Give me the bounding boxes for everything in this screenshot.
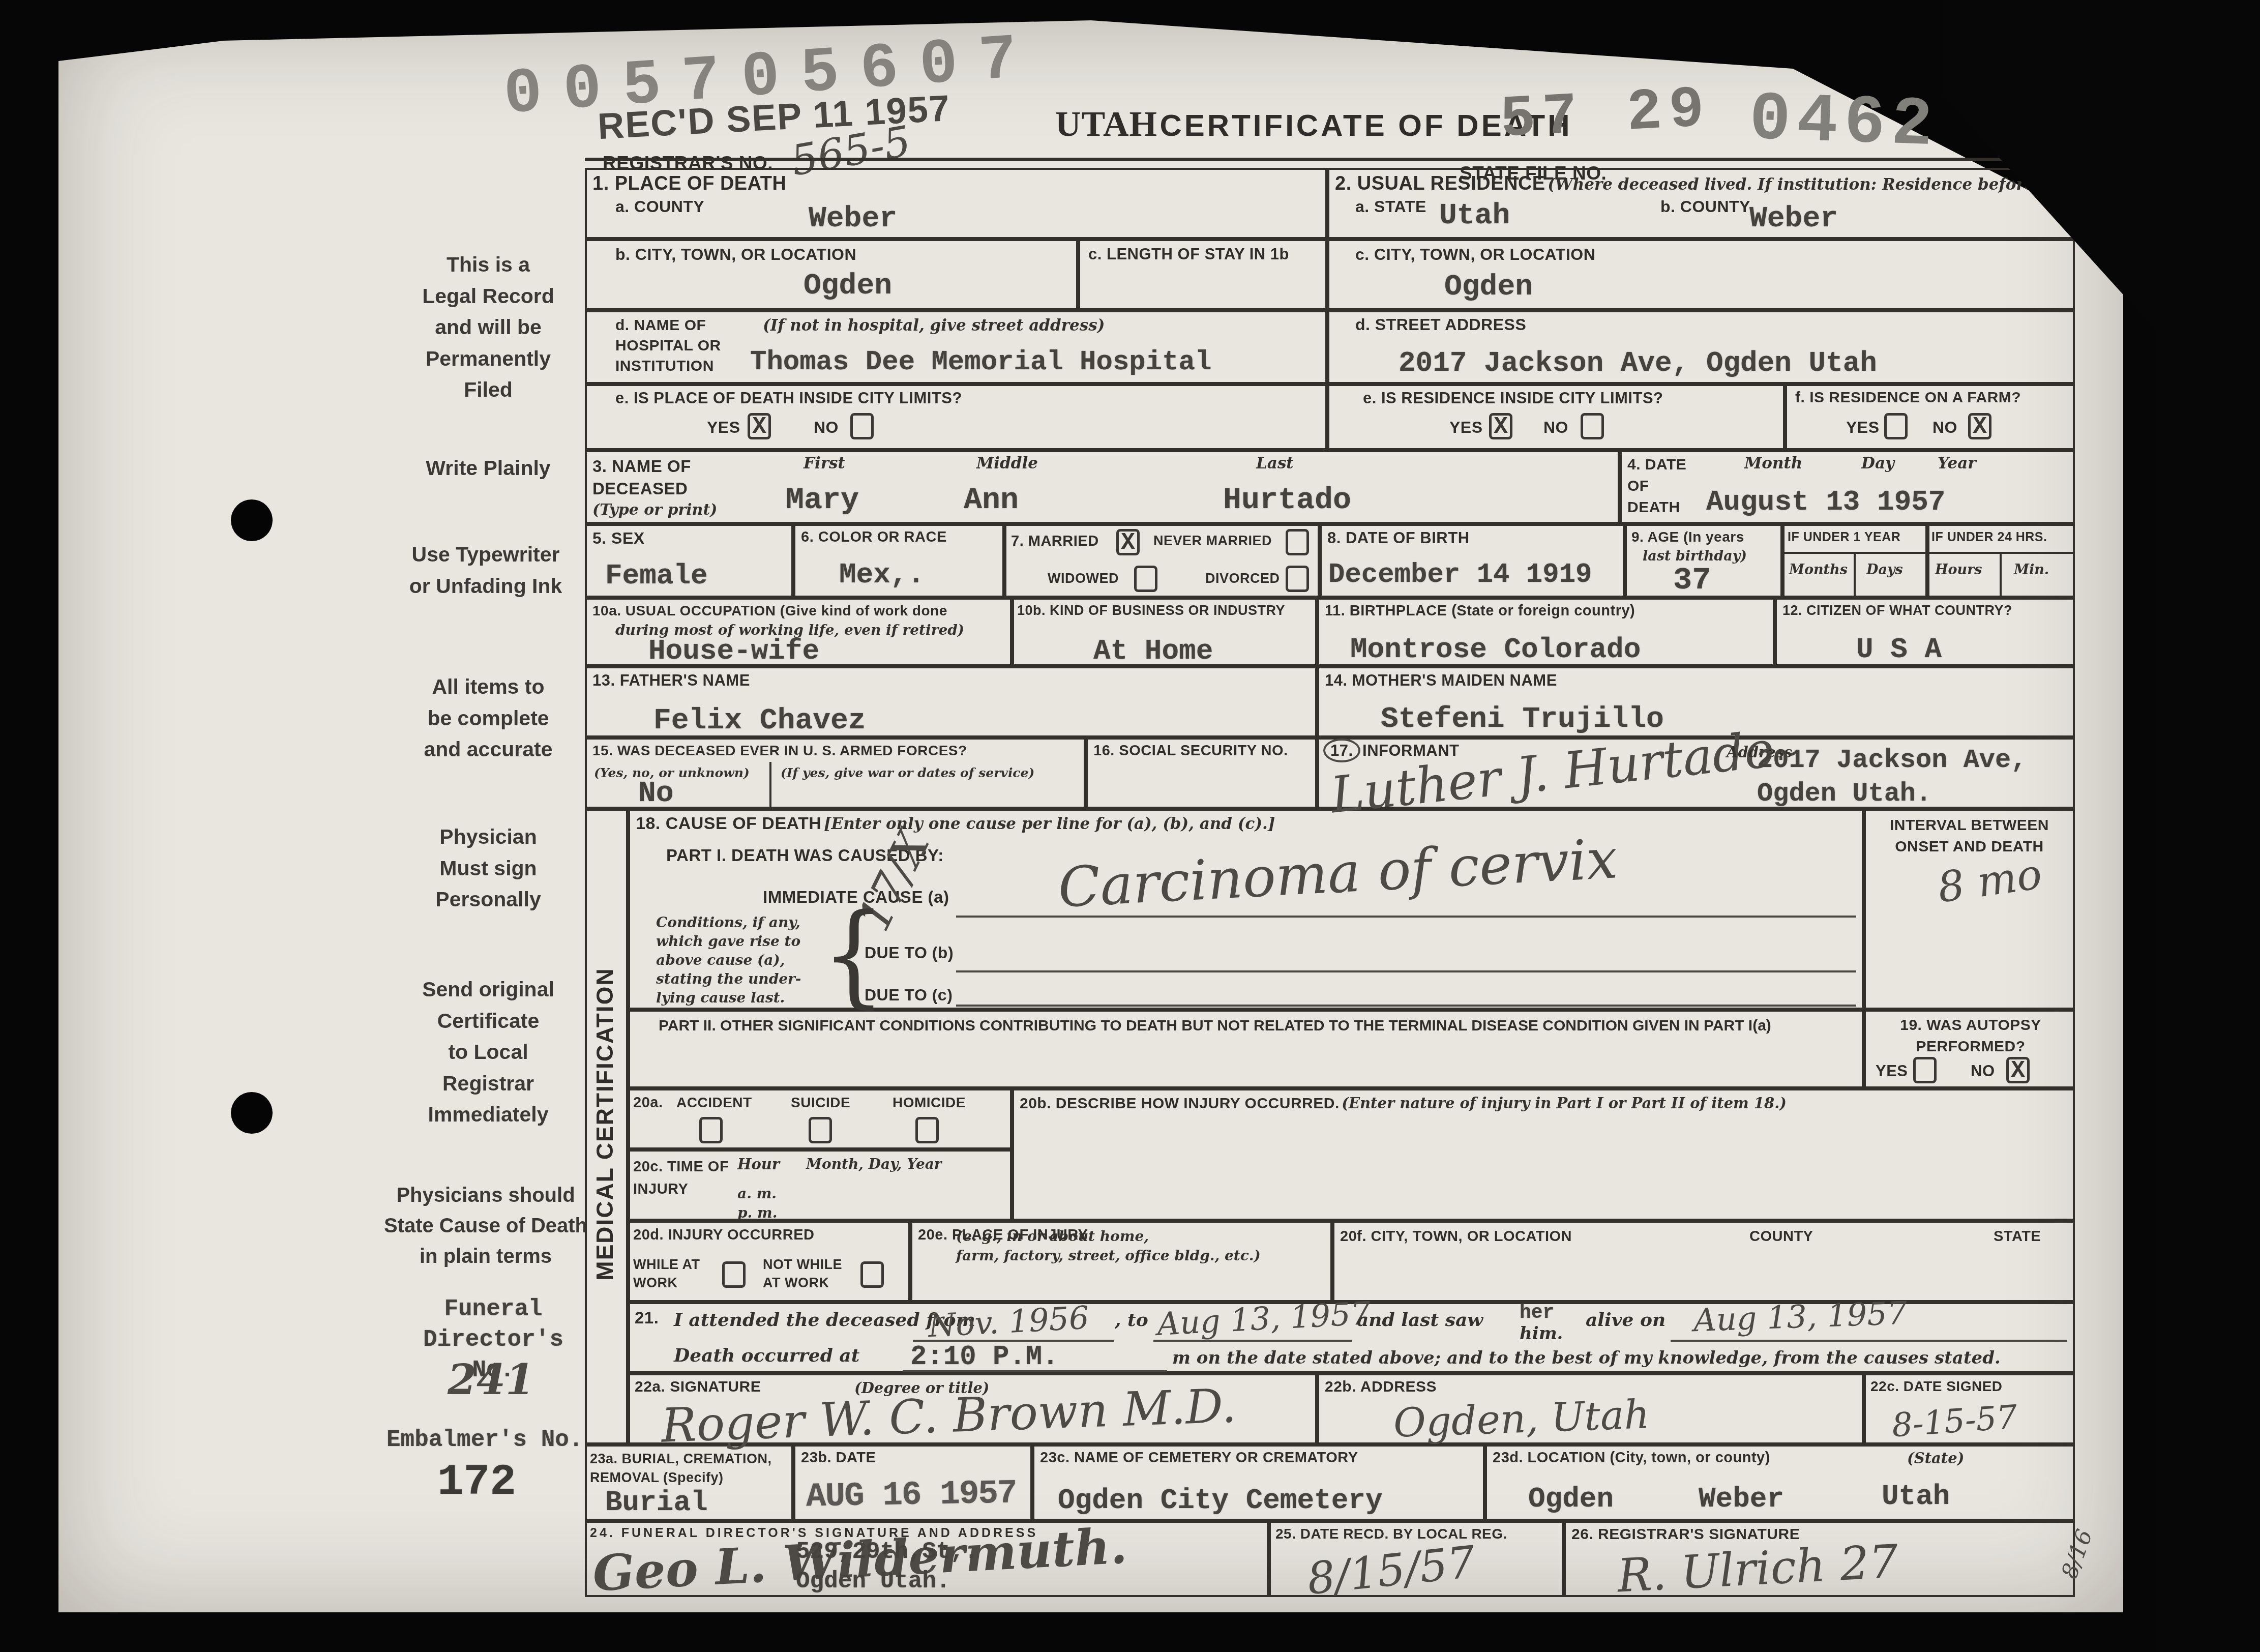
death-year-header: Year (1938, 454, 1976, 473)
ssn-label: 16. SOCIAL SECURITY NO. (1093, 743, 1288, 759)
describe-injury-label: 20b. DESCRIBE HOW INJURY OCCURRED. (1020, 1095, 1340, 1112)
informant-address-value: 2017 Jackson Ave, Ogden Utah. (1757, 744, 2027, 811)
physician-address-label: 22b. ADDRESS (1325, 1378, 1437, 1396)
location-label: 23d. LOCATION (City, town, or county) (1493, 1450, 1770, 1466)
county-value: Weber (809, 202, 897, 235)
first-name-header: First (804, 454, 845, 473)
while-at-work-label: WHILE AT WORK (633, 1255, 700, 1292)
birthplace-label: 11. BIRTHPLACE (State or foreign country… (1325, 603, 1635, 619)
widowed-checkbox (1134, 566, 1157, 592)
margin-note-plain-terms: Physicians should State Cause of Death i… (366, 1180, 605, 1272)
never-married-label: NEVER MARRIED (1153, 533, 1272, 549)
death-month-header: Month (1744, 454, 1802, 473)
business-value: At Home (1093, 635, 1213, 667)
father-label: 13. FATHER'S NAME (592, 671, 750, 690)
divorced-label: DIVORCED (1205, 571, 1280, 586)
medical-certification-label: MEDICAL CERTIFICATION (591, 824, 618, 1424)
header-rule (585, 158, 2075, 161)
film-edge-right (2156, 0, 2260, 1652)
under-24-hrs-label: IF UNDER 24 HRS. (1931, 530, 2047, 545)
res-limits-no-checkbox (1581, 413, 1604, 439)
last-name-header: Last (1256, 454, 1294, 473)
describe-injury-hint: (Enter nature of injury in Part I or Par… (1342, 1095, 1787, 1112)
death-day-header: Day (1861, 454, 1894, 473)
months-label: Months (1789, 562, 1848, 578)
autopsy-no-label: NO (1971, 1062, 1995, 1080)
hospital-value: Thomas Dee Memorial Hospital (750, 347, 1211, 378)
farm-label: f. IS RESIDENCE ON A FARM? (1795, 389, 2021, 406)
homicide-checkbox (915, 1117, 939, 1143)
birthplace-value: Montrose Colorado (1350, 633, 1641, 666)
marital-number: 7. (1011, 533, 1024, 549)
hours-label: Hours (1935, 562, 1982, 578)
race-value: Mex,. (839, 558, 925, 591)
name-of-deceased-label: 3. NAME OF DECEASED (592, 455, 691, 500)
hour-label: Hour (737, 1156, 780, 1173)
due-to-c-line (956, 1005, 1856, 1007)
month-day-year-label: Month, Day, Year (806, 1156, 942, 1172)
margin-note-typewriter: Use Typewriter or Unfading Ink (376, 539, 595, 602)
cemetery-label: 23c. NAME OF CEMETERY OR CREMATORY (1040, 1450, 1358, 1466)
cemetery-value: Ogden City Cemetery (1058, 1484, 1383, 1517)
file-stamp-5729: 57 29 (1499, 76, 1713, 154)
mother-value: Stefeni Trujillo (1381, 703, 1664, 736)
accident-label: ACCIDENT (676, 1095, 752, 1111)
title-state: UTAH (1055, 105, 1157, 144)
mother-label: 14. MOTHER'S MAIDEN NAME (1325, 671, 1557, 690)
business-label: 10b. KIND OF BUSINESS OR INDUSTRY (1017, 603, 1285, 618)
am-label: a. m. (737, 1185, 777, 1202)
attended-line-3 (1671, 1340, 2067, 1342)
citizen-value: U S A (1856, 633, 1942, 666)
margin-note-complete: All items to be complete and accurate (392, 671, 585, 765)
location-city-value: Ogden (1528, 1483, 1614, 1515)
death-time-value: 2:10 P.M. (910, 1342, 1059, 1373)
funeral-directors-no-value: 241 (448, 1355, 534, 1404)
place-of-injury-hint: (e. g., in or about home, farm, factory,… (956, 1227, 1261, 1265)
registrar-signature-label: 26. REGISTRAR'S SIGNATURE (1571, 1526, 1800, 1543)
age-value: 37 (1673, 562, 1711, 598)
citizen-label: 12. CITIZEN OF WHAT COUNTRY? (1782, 603, 2012, 618)
middle-name-value: Ann (964, 483, 1019, 518)
margin-note-physician-sign: Physician Must sign Personally (392, 821, 585, 916)
date-of-death-label: 4. DATE OF DEATH (1627, 454, 1686, 518)
res-limits-no-label: NO (1543, 418, 1568, 437)
suicide-checkbox (809, 1117, 832, 1143)
embalmers-no-value: 172 (437, 1457, 516, 1507)
dob-label: 8. DATE OF BIRTH (1327, 529, 1470, 547)
while-at-work-checkbox (722, 1261, 746, 1288)
autopsy-yes-checkbox (1913, 1057, 1937, 1083)
last-alive-value: Aug 13, 1957 (1693, 1294, 1908, 1339)
injury-occurred-label: 20d. INJURY OCCURRED (633, 1227, 814, 1244)
injury-county-label: COUNTY (1749, 1228, 1813, 1245)
autopsy-no-checkbox: X (2006, 1057, 2030, 1083)
married-checkbox: X (1116, 529, 1140, 555)
usual-residence-title: 2. USUAL RESIDENCE (1335, 173, 1545, 194)
farm-yes-label: YES (1846, 418, 1880, 437)
dob-value: December 14 1919 (1328, 559, 1592, 591)
res-county-value: Weber (1749, 202, 1838, 235)
farm-yes-checkbox (1884, 413, 1908, 439)
res-city-label: c. CITY, TOWN, OR LOCATION (1355, 245, 1595, 264)
cell-3-name (585, 450, 1620, 524)
hospital-label: d. NAME OF HOSPITAL OR INSTITUTION (615, 315, 721, 376)
never-married-checkbox (1286, 529, 1309, 555)
pod-limits-no-label: NO (814, 418, 839, 437)
cause-of-death-title: 18. CAUSE OF DEATH (636, 814, 821, 833)
street-value: 2017 Jackson Ave, Ogden Utah (1399, 347, 1877, 379)
sex-label: 5. SEX (592, 529, 645, 548)
pod-city-label: b. CITY, TOWN, OR LOCATION (615, 245, 856, 264)
location-state-label: (State) (1907, 1450, 1964, 1467)
sex-value: Female (605, 559, 708, 592)
married-label: MARRIED (1028, 533, 1099, 549)
burial-label: 23a. BURIAL, CREMATION, REMOVAL (Specify… (590, 1450, 772, 1487)
punch-hole-top (231, 499, 273, 541)
burial-date-stamp: AUG 16 1957 (806, 1474, 1017, 1516)
under24-vdivider (2000, 552, 2002, 598)
margin-note-send-original: Send original Certificate to Local Regis… (392, 974, 585, 1131)
margin-note-write-plainly: Write Plainly (392, 453, 585, 484)
county-label: a. COUNTY (615, 197, 704, 216)
armed-forces-label: 15. WAS DECEASED EVER IN U. S. ARMED FOR… (592, 743, 967, 759)
time-of-injury-label: 20c. TIME OF INJURY (633, 1156, 729, 1200)
under1-vdivider (1854, 552, 1856, 598)
attended-number: 21. (635, 1308, 659, 1327)
res-limits-yes-label: YES (1449, 418, 1483, 437)
pod-city-value: Ogden (804, 270, 892, 303)
place-of-death-title: 1. PLACE OF DEATH (592, 173, 787, 195)
physician-signature-label: 22a. SIGNATURE (635, 1378, 761, 1396)
days-label: Days (1866, 562, 1903, 578)
not-while-at-work-checkbox (860, 1261, 884, 1288)
margin-note-legal-record: This is a Legal Record and will be Perma… (392, 249, 585, 406)
accident-number: 20a. (633, 1095, 663, 1111)
burial-value: Burial (605, 1486, 708, 1519)
father-value: Felix Chavez (653, 704, 866, 737)
not-while-at-work-label: NOT WHILE AT WORK (763, 1255, 842, 1292)
under-1-year-label: IF UNDER 1 YEAR (1788, 530, 1900, 545)
res-limits-label: e. IS RESIDENCE INSIDE CITY LIMITS? (1363, 389, 1663, 407)
pod-limits-no-checkbox (850, 413, 874, 439)
min-label: Min. (2014, 562, 2049, 578)
type-or-print-hint: (Type or print) (592, 501, 717, 519)
occupation-label: 10a. USUAL OCCUPATION (Give kind of work… (592, 603, 947, 619)
armed-forces-divider (769, 762, 771, 808)
suicide-label: SUICIDE (791, 1095, 850, 1111)
injury-state-label: STATE (1994, 1228, 2041, 1245)
conditions-note: Conditions, if any, which gave rise to a… (656, 913, 801, 1007)
street-label: d. STREET ADDRESS (1355, 315, 1526, 334)
armed-forces-value: No (638, 777, 674, 810)
res-state-value: Utah (1439, 199, 1510, 232)
death-occurred-text-2: m on the date stated above; and to the b… (1172, 1348, 2001, 1368)
autopsy-yes-label: YES (1876, 1062, 1908, 1080)
divorced-checkbox (1286, 566, 1309, 592)
interval-label: INTERVAL BETWEEN ONSET AND DEATH (1864, 815, 2075, 858)
farm-no-checkbox: X (1968, 413, 1991, 439)
file-number-stamp: 0462 (1748, 81, 1940, 165)
date-of-death-value: August 13 1957 (1706, 486, 1945, 518)
length-of-stay-label: c. LENGTH OF STAY IN 1b (1088, 245, 1289, 263)
due-to-c-label: DUE TO (c) (865, 986, 953, 1005)
farm-no-label: NO (1932, 418, 1957, 437)
scanned-death-certificate: 005705607 REC'D SEP 11 1957 REGISTRAR'S … (0, 0, 2260, 1652)
first-name-value: Mary (786, 483, 859, 518)
occupation-value: House-wife (648, 635, 819, 667)
res-city-value: Ogden (1444, 271, 1533, 304)
autopsy-label: 19. WAS AUTOPSY PERFORMED? (1871, 1015, 2070, 1057)
death-occurred-text: Death occurred at (674, 1345, 859, 1366)
informant-number: 17. (1323, 739, 1360, 762)
her-typed: her (1520, 1302, 1554, 1324)
pod-limits-label: e. IS PLACE OF DEATH INSIDE CITY LIMITS? (615, 389, 962, 407)
physician-address-value: Ogden, Utah (1393, 1392, 1650, 1447)
funeral-director-address: 529,29th,St,. Ogden Utah. (796, 1537, 978, 1596)
attended-text-2: , to (1115, 1309, 1148, 1331)
due-to-b-line (956, 970, 1856, 972)
middle-name-header: Middle (976, 454, 1038, 473)
pm-label: p. m. (737, 1204, 777, 1221)
burial-date-label: 23b. DATE (801, 1450, 876, 1466)
res-county-label: b. COUNTY (1660, 197, 1750, 216)
pod-limits-yes-checkbox: X (748, 413, 771, 439)
pod-limits-yes-label: YES (707, 418, 740, 437)
res-limits-yes-checkbox: X (1489, 413, 1512, 439)
part2-label: PART II. OTHER SIGNIFICANT CONDITIONS CO… (659, 1017, 1771, 1035)
homicide-label: HOMICIDE (893, 1095, 966, 1111)
accident-checkbox (699, 1117, 723, 1143)
attended-text-4: alive on (1586, 1309, 1666, 1331)
location-state-value: Utah (1882, 1480, 1950, 1513)
armed-forces-sub2: (If yes, give war or dates of service) (781, 765, 1034, 780)
location-county-value: Weber (1699, 1483, 1784, 1515)
res-state-label: a. STATE (1355, 197, 1426, 216)
hospital-hint: (If not in hospital, give street address… (763, 316, 1105, 335)
injury-city-label: 20f. CITY, TOWN, OR LOCATION (1340, 1228, 1572, 1245)
widowed-label: WIDOWED (1048, 571, 1119, 586)
last-name-value: Hurtado (1223, 483, 1351, 518)
attended-text-3: and last saw (1357, 1309, 1483, 1331)
due-to-b-label: DUE TO (b) (865, 943, 954, 962)
age-label: 9. AGE (In years (1631, 529, 1744, 545)
date-signed-label: 22c. DATE SIGNED (1870, 1378, 2003, 1395)
punch-hole-bottom (231, 1092, 273, 1134)
race-label: 6. COLOR OR RACE (801, 529, 947, 546)
him-printed: him. (1520, 1323, 1563, 1344)
embalmers-no-label: Embalmer's No. (386, 1427, 583, 1453)
